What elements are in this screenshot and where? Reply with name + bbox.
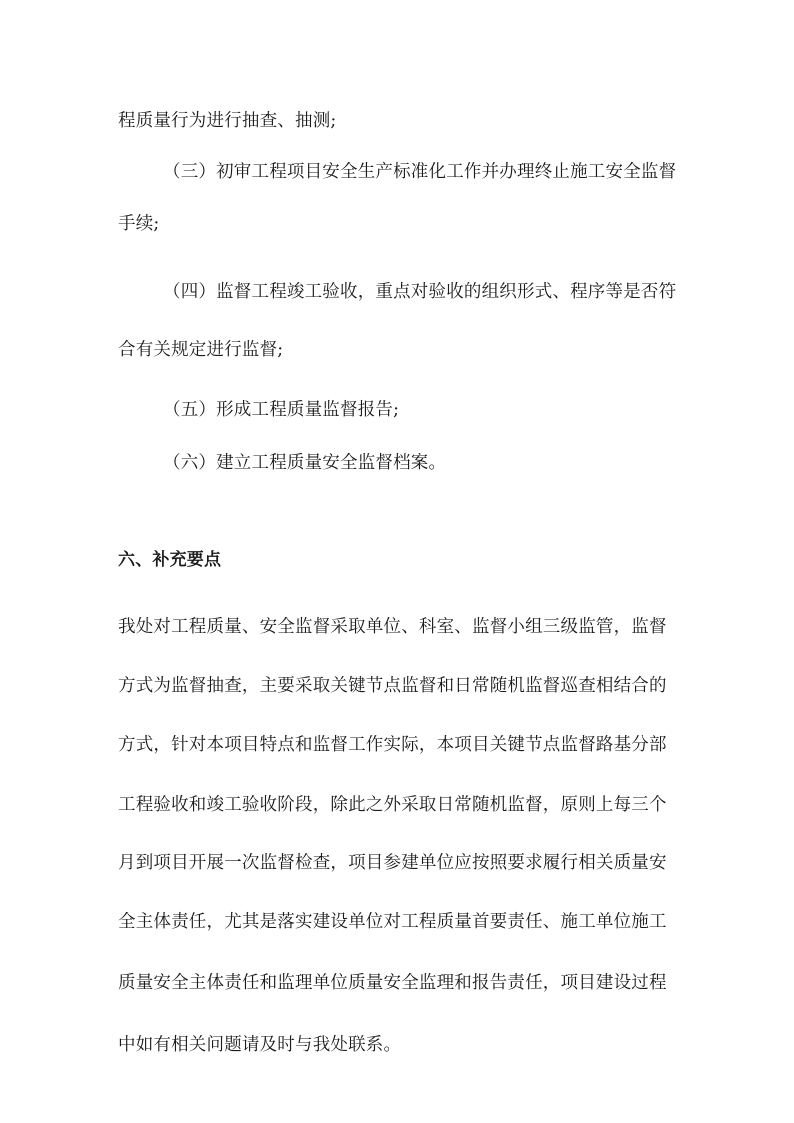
paragraph-line: 方式，针对本项目特点和监督工作实际，本项目关键节点监督路基分部 — [118, 733, 667, 757]
paragraph-line: 质量安全主体责任和监理单位质量安全监理和报告责任，项目建设过程 — [118, 971, 667, 995]
list-item-4-continuation: 合有关规定进行监督; — [118, 338, 283, 362]
list-item-3-continuation: 手续; — [118, 212, 160, 236]
list-item-3: （三）初审工程项目安全生产标准化工作并办理终止施工安全监督 — [163, 160, 676, 184]
paragraph-line: 我处对工程质量、安全监督采取单位、科室、监督小组三级监管，监督 — [118, 615, 667, 639]
paragraph-line: 全主体责任，尤其是落实建设单位对工程质量首要责任、施工单位施工 — [118, 910, 667, 934]
paragraph-line: 方式为监督抽查，主要采取关键节点监督和日常随机监督巡查相结合的 — [118, 674, 667, 698]
list-item-4: （四）监督工程竣工验收，重点对验收的组织形式、程序等是否符 — [163, 280, 676, 304]
section-heading: 六、补充要点 — [118, 548, 221, 572]
list-item-5: （五）形成工程质量监督报告; — [163, 398, 399, 422]
list-item-continuation: 程质量行为进行抽查、抽测; — [118, 109, 337, 133]
paragraph-line: 中如有相关问题请及时与我处联系。 — [118, 1033, 401, 1057]
paragraph-line: 月到项目开展一次监督检查，项目参建单位应按照要求履行相关质量安 — [118, 851, 667, 875]
paragraph-line: 工程验收和竣工验收阶段，除此之外采取日常随机监督，原则上每三个 — [118, 793, 667, 817]
list-item-6: （六）建立工程质量安全监督档案。 — [163, 451, 446, 475]
